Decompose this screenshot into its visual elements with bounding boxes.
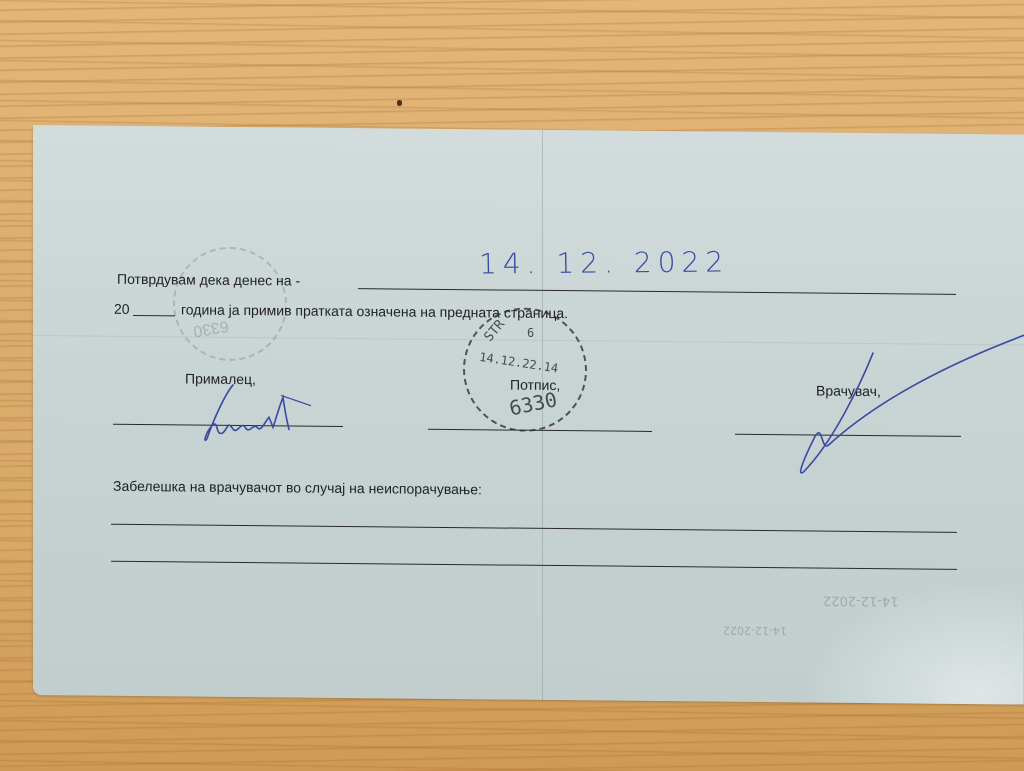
signature-label: Потпис, (510, 377, 560, 393)
postmark-number: 6 (527, 326, 534, 340)
year-field-line[interactable] (133, 315, 175, 317)
note-line-2[interactable] (111, 561, 957, 571)
handwritten-date[interactable]: 14. 12. 2022 (479, 245, 730, 280)
postmark-date: 14.12.22.14 (478, 350, 559, 376)
postmark-stamp: STR 6 14.12.22.14 6330 (463, 307, 587, 432)
faint-date-mark-2: 14-12-2022 (723, 624, 787, 638)
faint-date-mark: 14-12-2022 (823, 593, 899, 609)
confirm-prefix: Потврдувам дека денес на - (117, 271, 300, 289)
faint-postmark-zip: 6330 (192, 316, 230, 340)
note-line-1[interactable] (111, 524, 957, 534)
note-label: Забелешка на врачувачот во случај на неи… (113, 478, 482, 498)
recipient-signature (193, 377, 333, 448)
date-field-line (358, 288, 956, 295)
wood-speck (397, 100, 402, 106)
year-prefix: 20 (114, 301, 130, 317)
receipt-paper: 6330 14-12-2022 14-12-2022 Потврдувам де… (33, 125, 1024, 705)
deliverer-signature (773, 312, 1024, 485)
signature-line[interactable] (428, 429, 652, 433)
postmark-city: STR (481, 317, 508, 345)
